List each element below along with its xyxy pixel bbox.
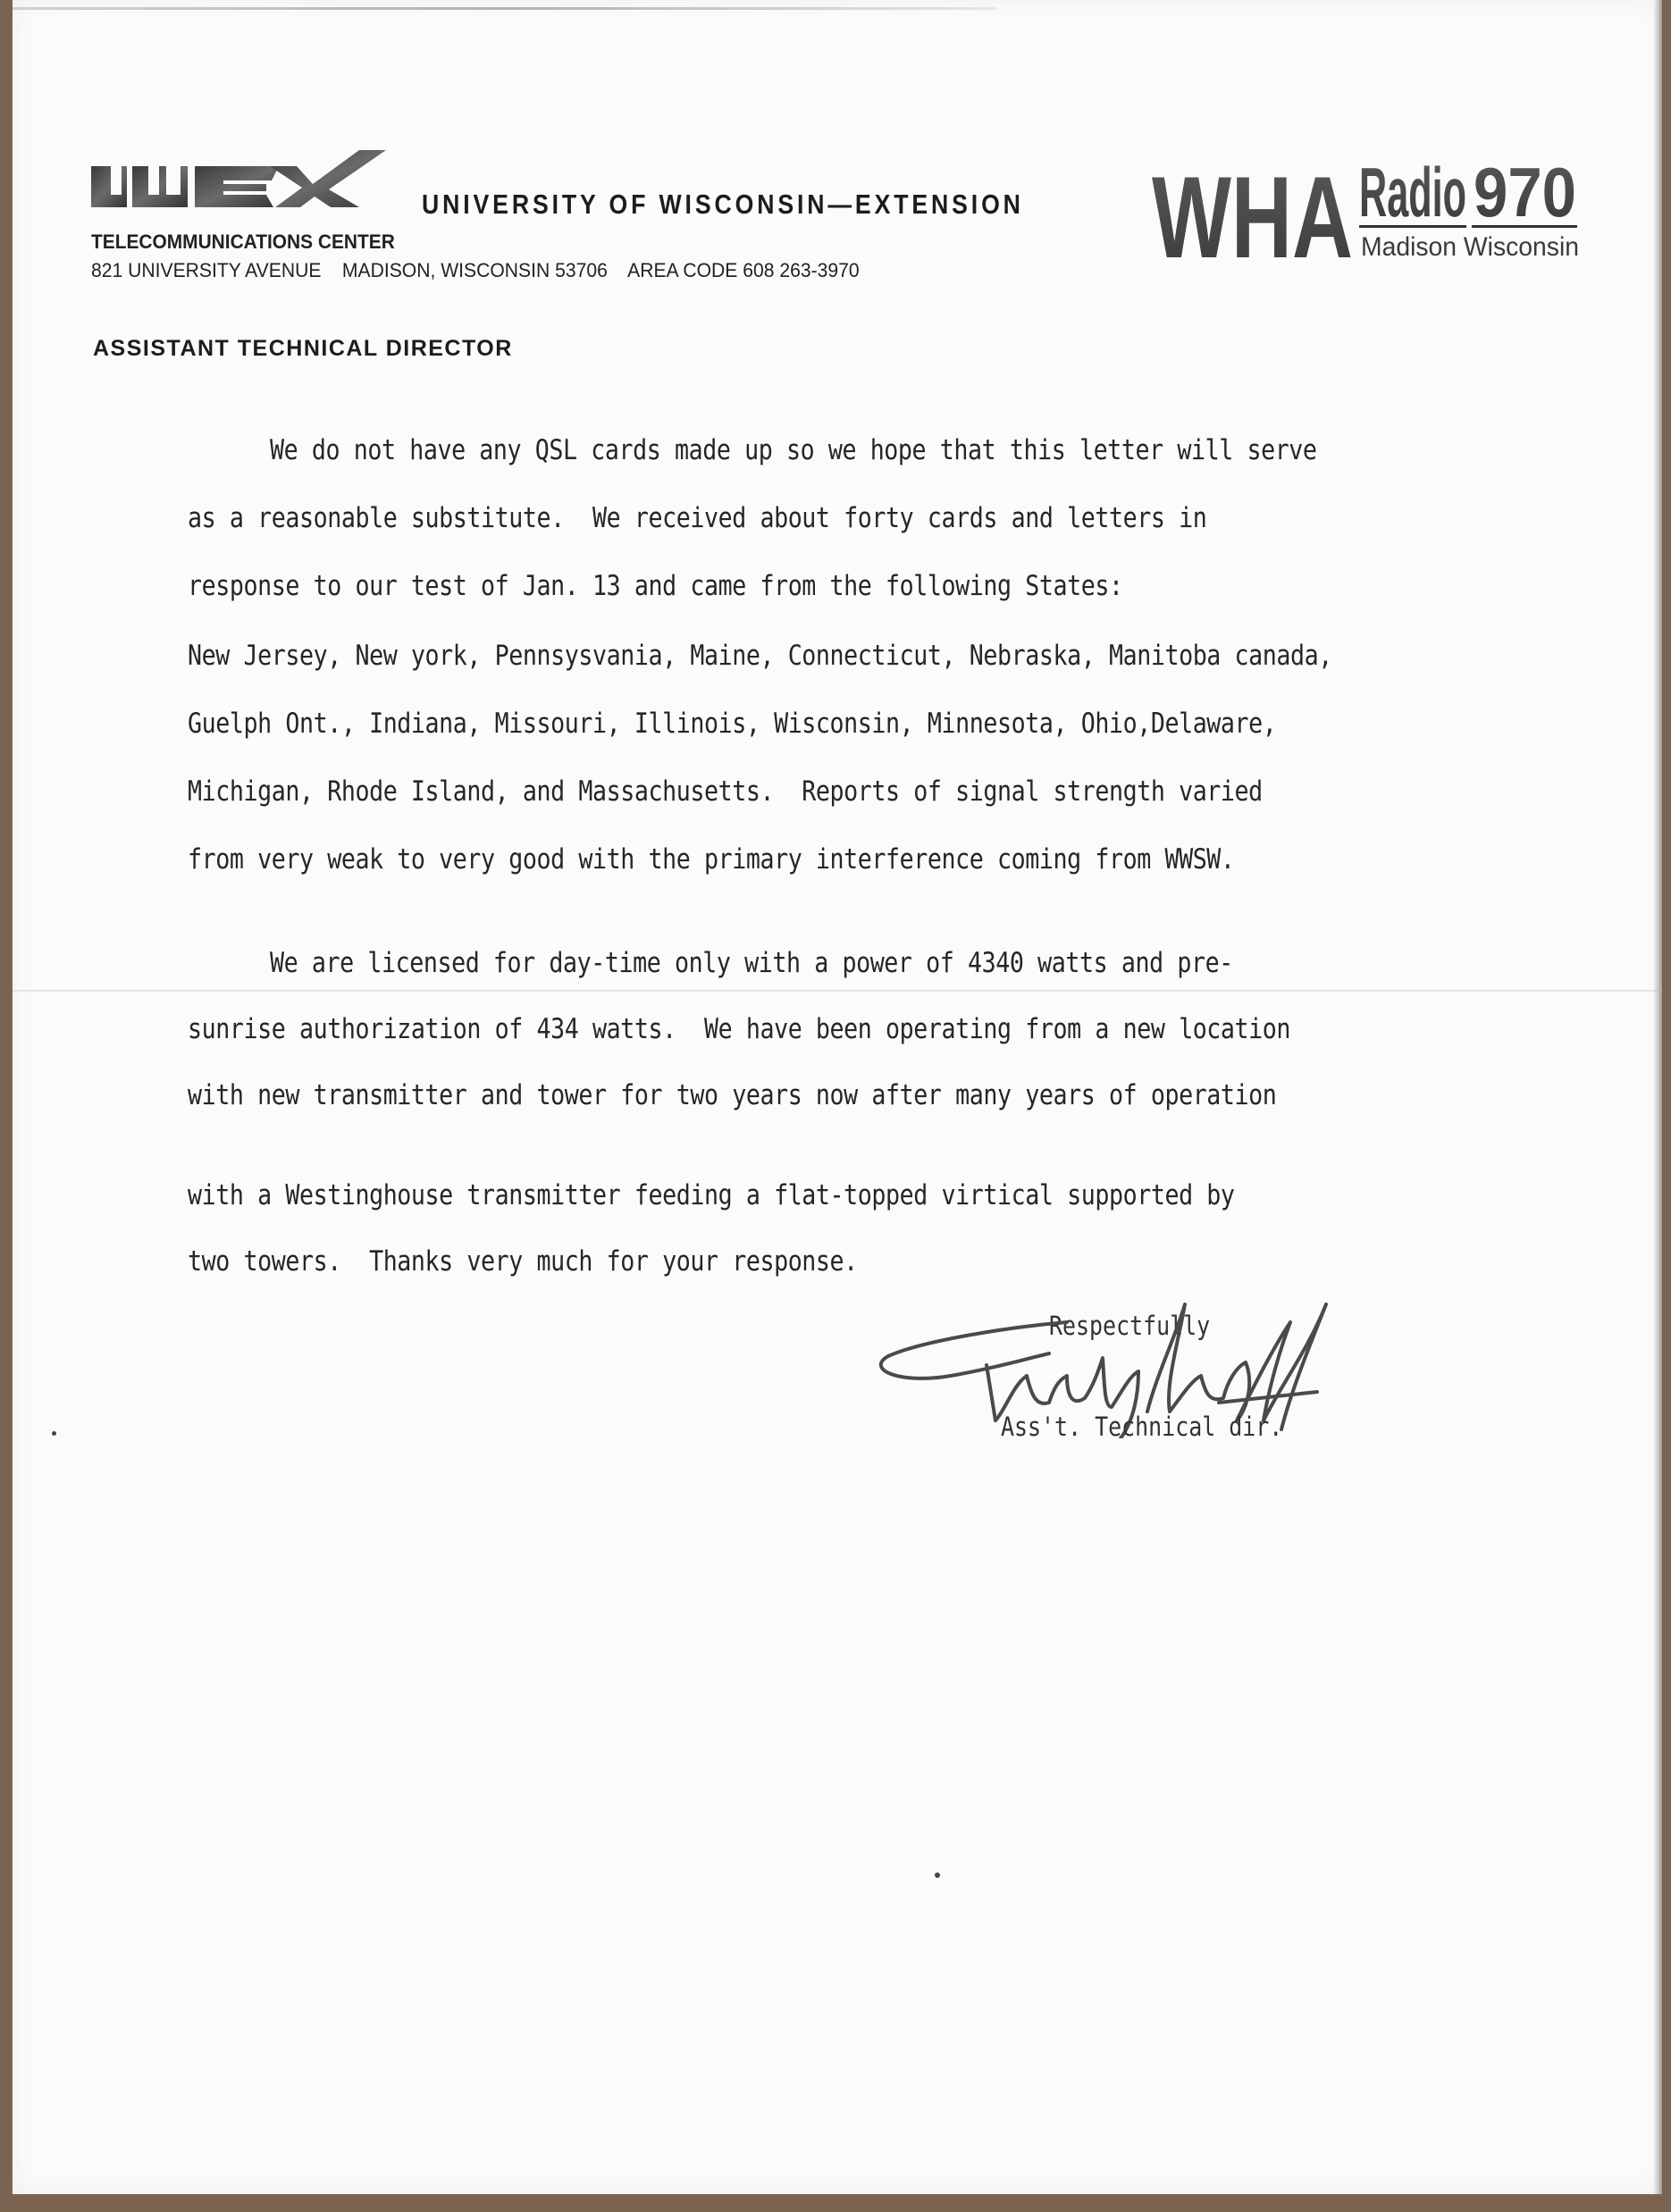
office-title: ASSISTANT TECHNICAL DIRECTOR [93,336,513,362]
paper-edge-shadow [13,7,995,10]
body-line: sunrise authorization of 434 watts. We h… [188,1013,1290,1045]
body-line: with a Westinghouse transmitter feeding … [188,1179,1235,1211]
body-line: New Jersey, New york, Pennsysvania, Main… [188,640,1332,672]
body-line: as a reasonable substitute. We received … [188,502,1206,534]
uwex-logo: UWEX [91,150,395,220]
body-line: from very weak to very good with the pri… [188,843,1235,876]
fold-crease [13,990,1662,992]
call-letters: WHA [1152,161,1353,268]
body-line: two towers. Thanks very much for your re… [188,1245,858,1278]
service-label: Radio [1359,161,1466,231]
logo-text: UWEX [91,150,94,151]
paper-speck [935,1873,940,1878]
letter-page: UWEX UNIVERSITY OF WISCONSIN—EXTENSION T… [13,0,1662,2194]
paper-right-edge [1653,0,1662,2194]
paper-speck [52,1431,56,1436]
body-line: response to our test of Jan. 13 and came… [188,570,1123,602]
frequency-label: 970 [1474,161,1576,231]
body-line: We do not have any QSL cards made up so … [270,434,1317,466]
signer-title: Ass't. Technical dir. [1001,1412,1282,1442]
body-line: Guelph Ont., Indiana, Missouri, Illinois… [188,708,1276,740]
wha-radio-logo: WHA Radio 970 Madison Wisconsin [1152,161,1599,268]
location-label: Madison Wisconsin [1361,232,1579,262]
body-line: Michigan, Rhode Island, and Massachusett… [188,775,1263,808]
address-line: 821 UNIVERSITY AVENUE MADISON, WISCONSIN… [91,259,860,282]
body-line: with new transmitter and tower for two y… [188,1079,1276,1111]
department-name: TELECOMMUNICATIONS CENTER [91,230,395,254]
body-line: We are licensed for day-time only with a… [270,947,1233,979]
organization-name: UNIVERSITY OF WISCONSIN—EXTENSION [422,189,1024,221]
